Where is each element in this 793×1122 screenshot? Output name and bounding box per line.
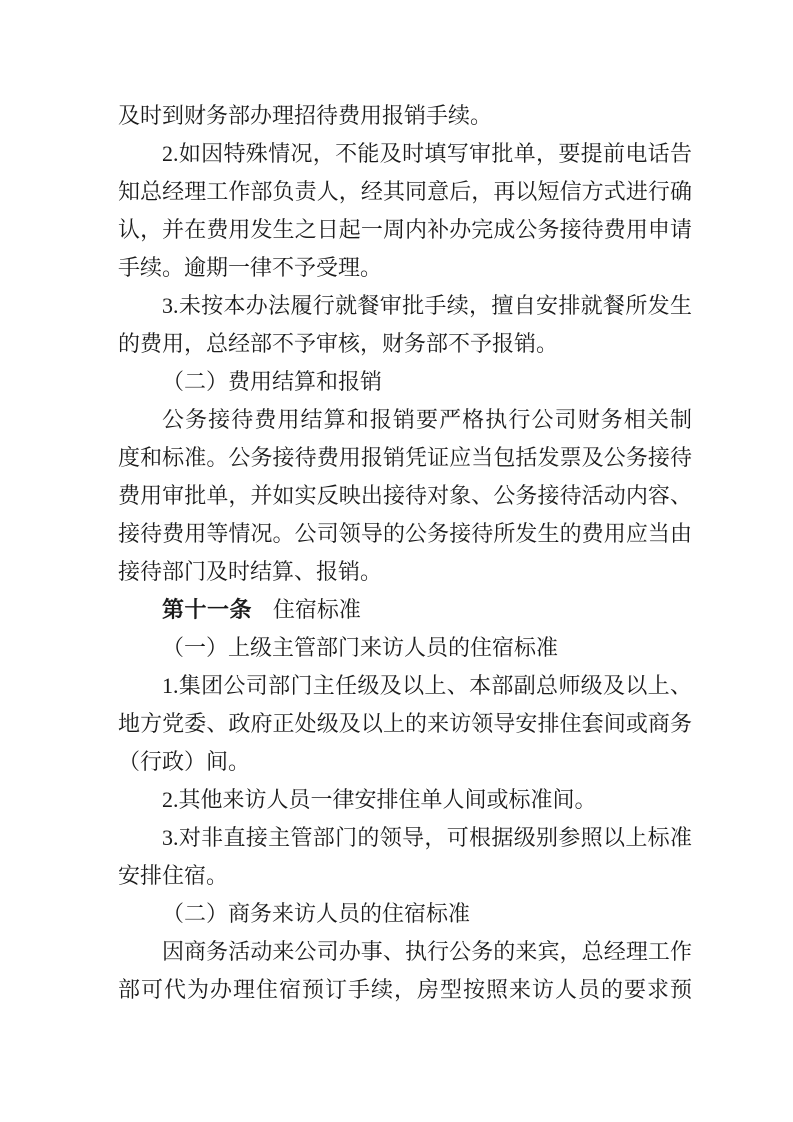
text-line: 认，并在费用发生之日起一周内补办完成公务接待费用申请 [118, 211, 692, 249]
text-line: 手续。逾期一律不予受理。 [118, 249, 692, 287]
document-page: 及时到财务部办理招待费用报销手续。 2.如因特殊情况，不能及时填写审批单，要提前… [0, 0, 793, 1122]
article-number: 第十一条 [162, 597, 252, 622]
text-line: 公务接待费用结算和报销要严格执行公司财务相关制 [118, 401, 692, 439]
page-body-text: 及时到财务部办理招待费用报销手续。 2.如因特殊情况，不能及时填写审批单，要提前… [118, 97, 692, 1009]
text-line: （行政）间。 [118, 743, 692, 781]
text-line: 费用审批单，并如实反映出接待对象、公务接待活动内容、 [118, 477, 692, 515]
text-line: 接待部门及时结算、报销。 [118, 553, 692, 591]
text-line: 3.未按本办法履行就餐审批手续，擅自安排就餐所发生 [118, 287, 692, 325]
text-line: 部可代为办理住宿预订手续，房型按照来访人员的要求预 [118, 971, 692, 1009]
section-heading-business-lodging: （二）商务来访人员的住宿标准 [118, 895, 692, 933]
article-title: 住宿标准 [273, 597, 361, 622]
text-line: 地方党委、政府正处级及以上的来访领导安排住套间或商务 [118, 705, 692, 743]
text-line: 接待费用等情况。公司领导的公务接待所发生的费用应当由 [118, 515, 692, 553]
text-line: 3.对非直接主管部门的领导，可根据级别参照以上标准 [118, 819, 692, 857]
text-line: 的费用，总经部不予审核，财务部不予报销。 [118, 325, 692, 363]
article-11-heading: 第十一条住宿标准 [118, 591, 692, 629]
text-line: 及时到财务部办理招待费用报销手续。 [118, 97, 692, 135]
section-heading-expense-settlement: （二）费用结算和报销 [118, 363, 692, 401]
text-line: 知总经理工作部负责人，经其同意后，再以短信方式进行确 [118, 173, 692, 211]
text-line: 2.其他来访人员一律安排住单人间或标准间。 [118, 781, 692, 819]
section-heading-superior-lodging: （一）上级主管部门来访人员的住宿标准 [118, 629, 692, 667]
text-line: 因商务活动来公司办事、执行公务的来宾，总经理工作 [118, 933, 692, 971]
text-line: 度和标准。公务接待费用报销凭证应当包括发票及公务接待 [118, 439, 692, 477]
text-line: 1.集团公司部门主任级及以上、本部副总师级及以上、 [118, 667, 692, 705]
text-line: 2.如因特殊情况，不能及时填写审批单，要提前电话告 [118, 135, 692, 173]
text-line: 安排住宿。 [118, 857, 692, 895]
